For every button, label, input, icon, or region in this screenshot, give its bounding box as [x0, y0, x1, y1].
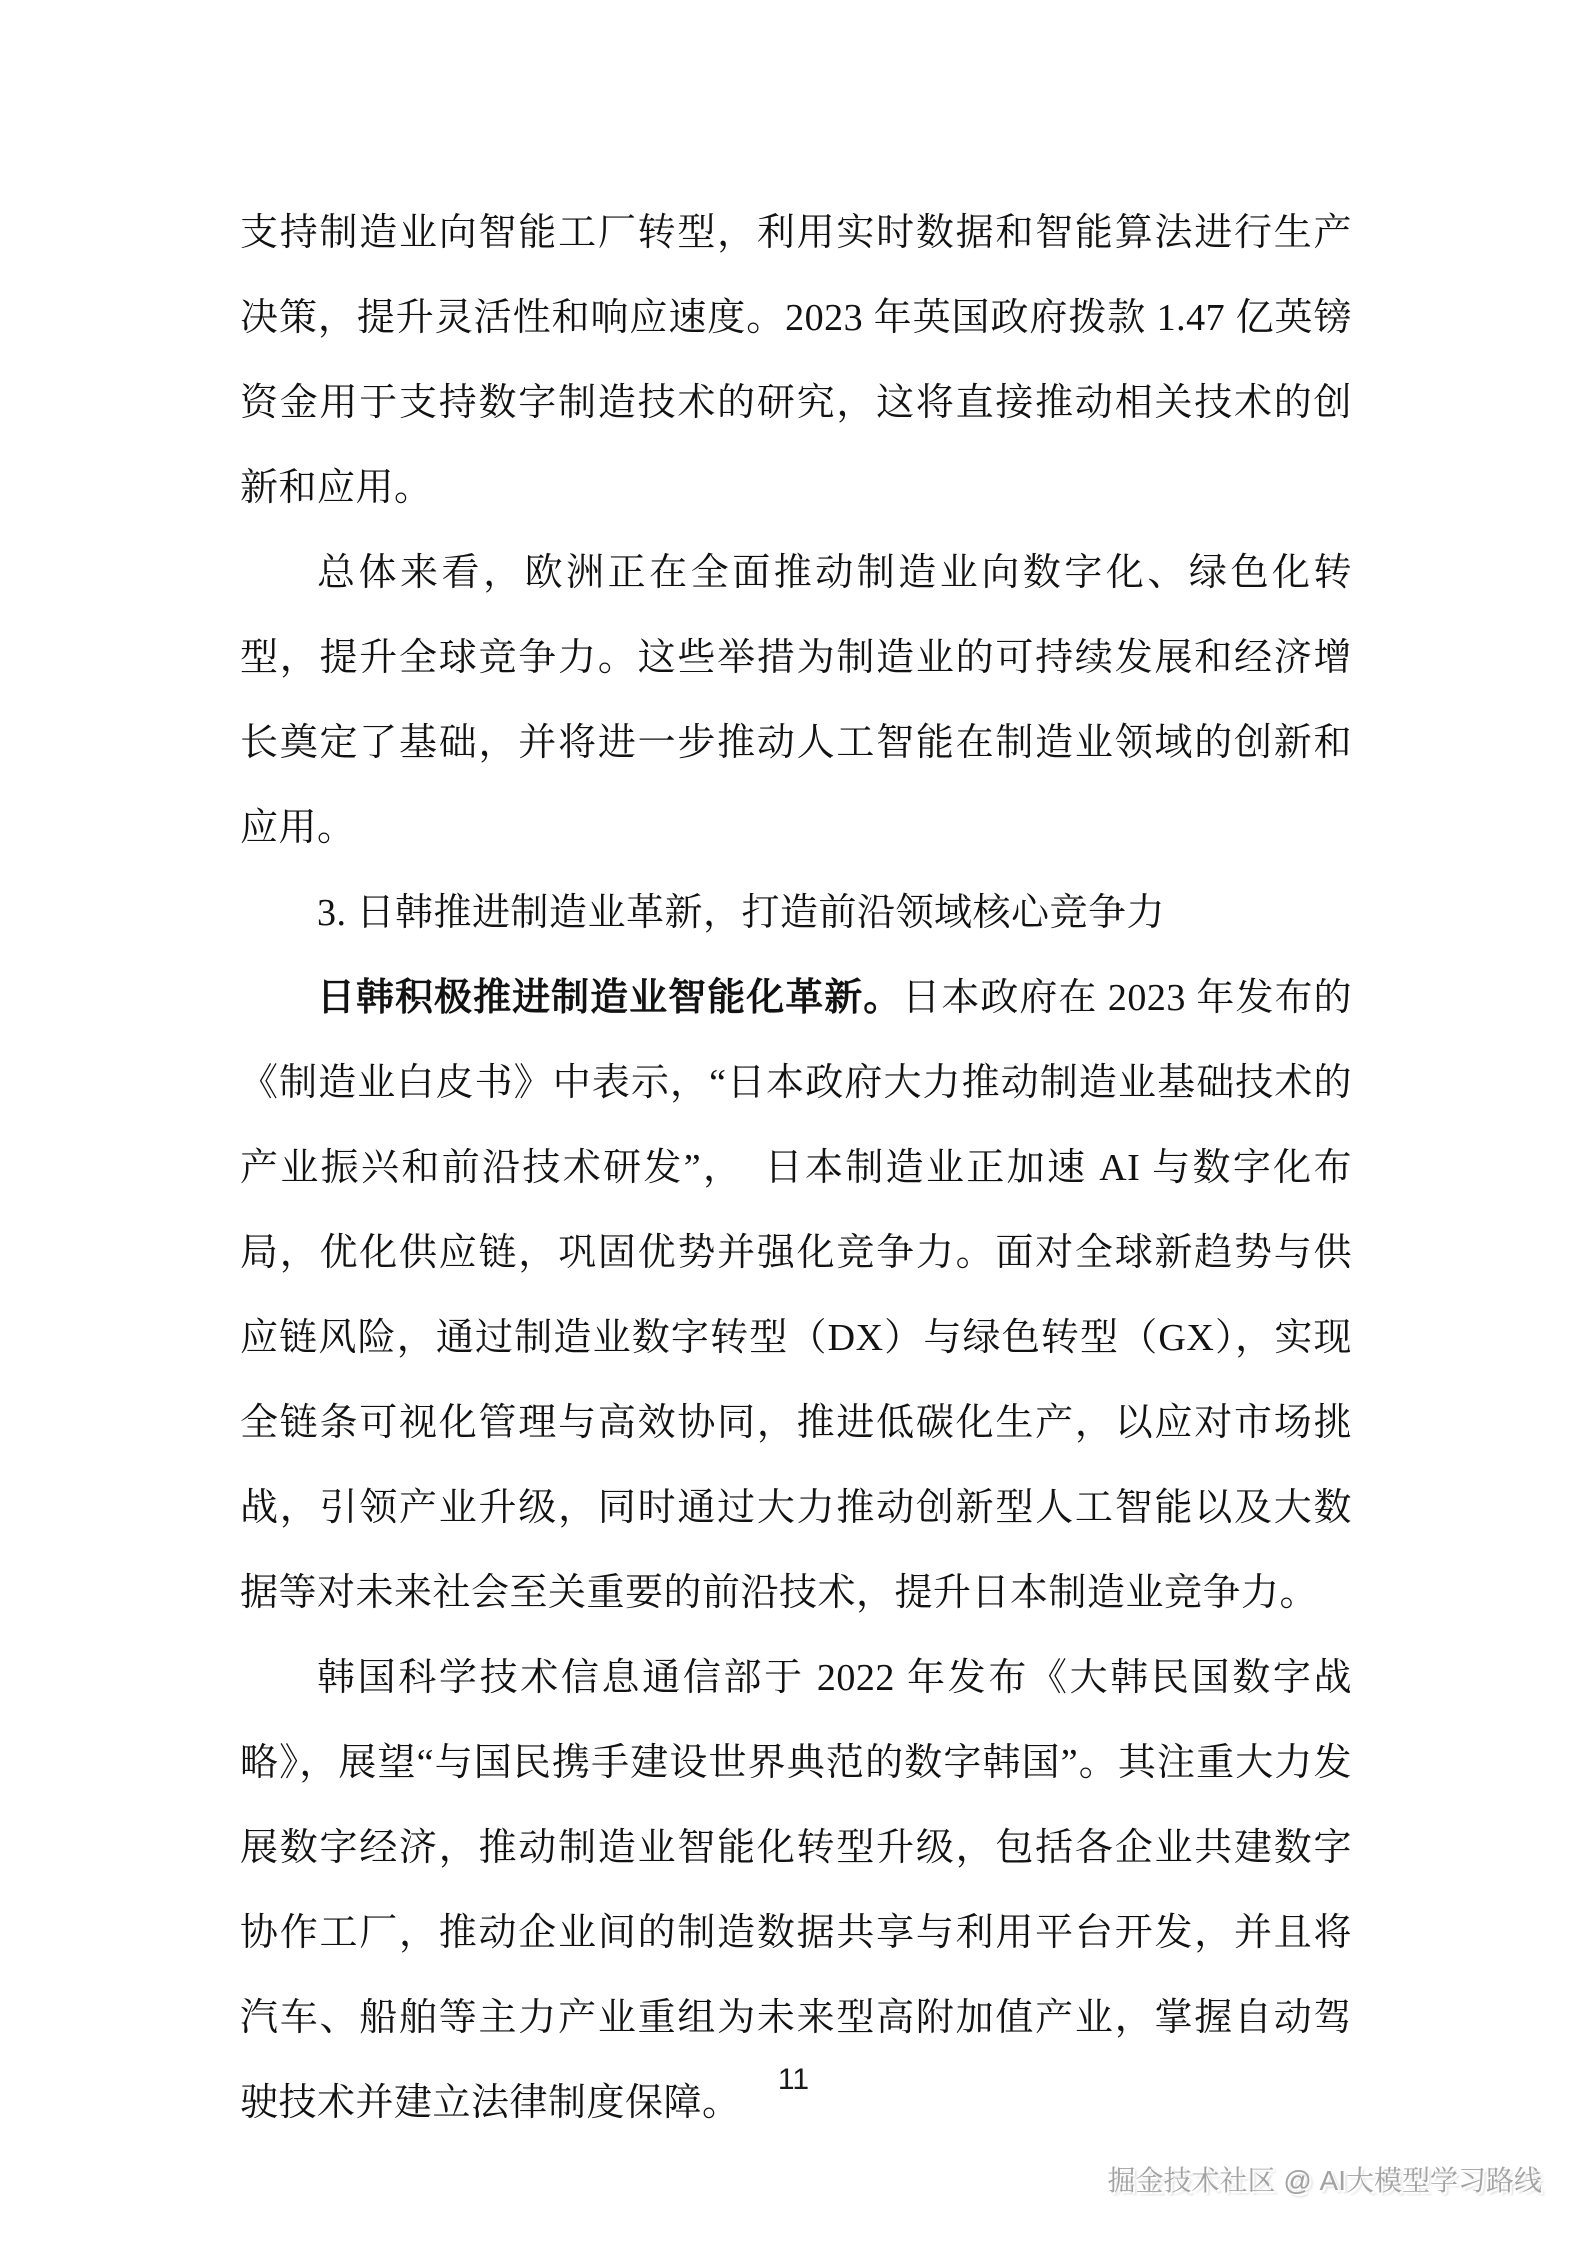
page-body-text: 支持制造业向智能工厂转型，利用实时数据和智能算法进行生产决策，提升灵活性和响应速… [240, 191, 1352, 2146]
text-run: 日本政府在 2023 年发布的《制造业白皮书》中表示，“日本政府大力推动制造业基… [240, 977, 1352, 1614]
para-uk-digital-manufacturing: 支持制造业向智能工厂转型，利用实时数据和智能算法进行生产决策，提升灵活性和响应速… [240, 191, 1352, 531]
para-europe-summary: 总体来看，欧洲正在全面推动制造业向数字化、绿色化转型，提升全球竞争力。这些举措为… [240, 531, 1352, 871]
bold-text-run: 日韩积极推进制造业智能化革新。 [317, 977, 902, 1019]
watermark: 掘金技术社区 @ AI大模型学习路线 [1108, 2163, 1542, 2199]
text-run: 总体来看，欧洲正在全面推动制造业向数字化、绿色化转型，提升全球竞争力。这些举措为… [240, 552, 1352, 849]
document-page: 支持制造业向智能工厂转型，利用实时数据和智能算法进行生产决策，提升灵活性和响应速… [0, 0, 1587, 2245]
para-japan-strategy: 日韩积极推进制造业智能化革新。日本政府在 2023 年发布的《制造业白皮书》中表… [240, 956, 1352, 1636]
text-run: 韩国科学技术信息通信部于 2022 年发布《大韩民国数字战略》，展望“与国民携手… [240, 1657, 1352, 2124]
text-run: 支持制造业向智能工厂转型，利用实时数据和智能算法进行生产决策，提升灵活性和响应速… [240, 212, 1352, 509]
text-run: 3. 日韩推进制造业革新，打造前沿领域核心竞争力 [317, 892, 1165, 934]
heading-japan-korea-manufacturing: 3. 日韩推进制造业革新，打造前沿领域核心竞争力 [240, 871, 1352, 956]
page-number: 11 [0, 2060, 1587, 2100]
